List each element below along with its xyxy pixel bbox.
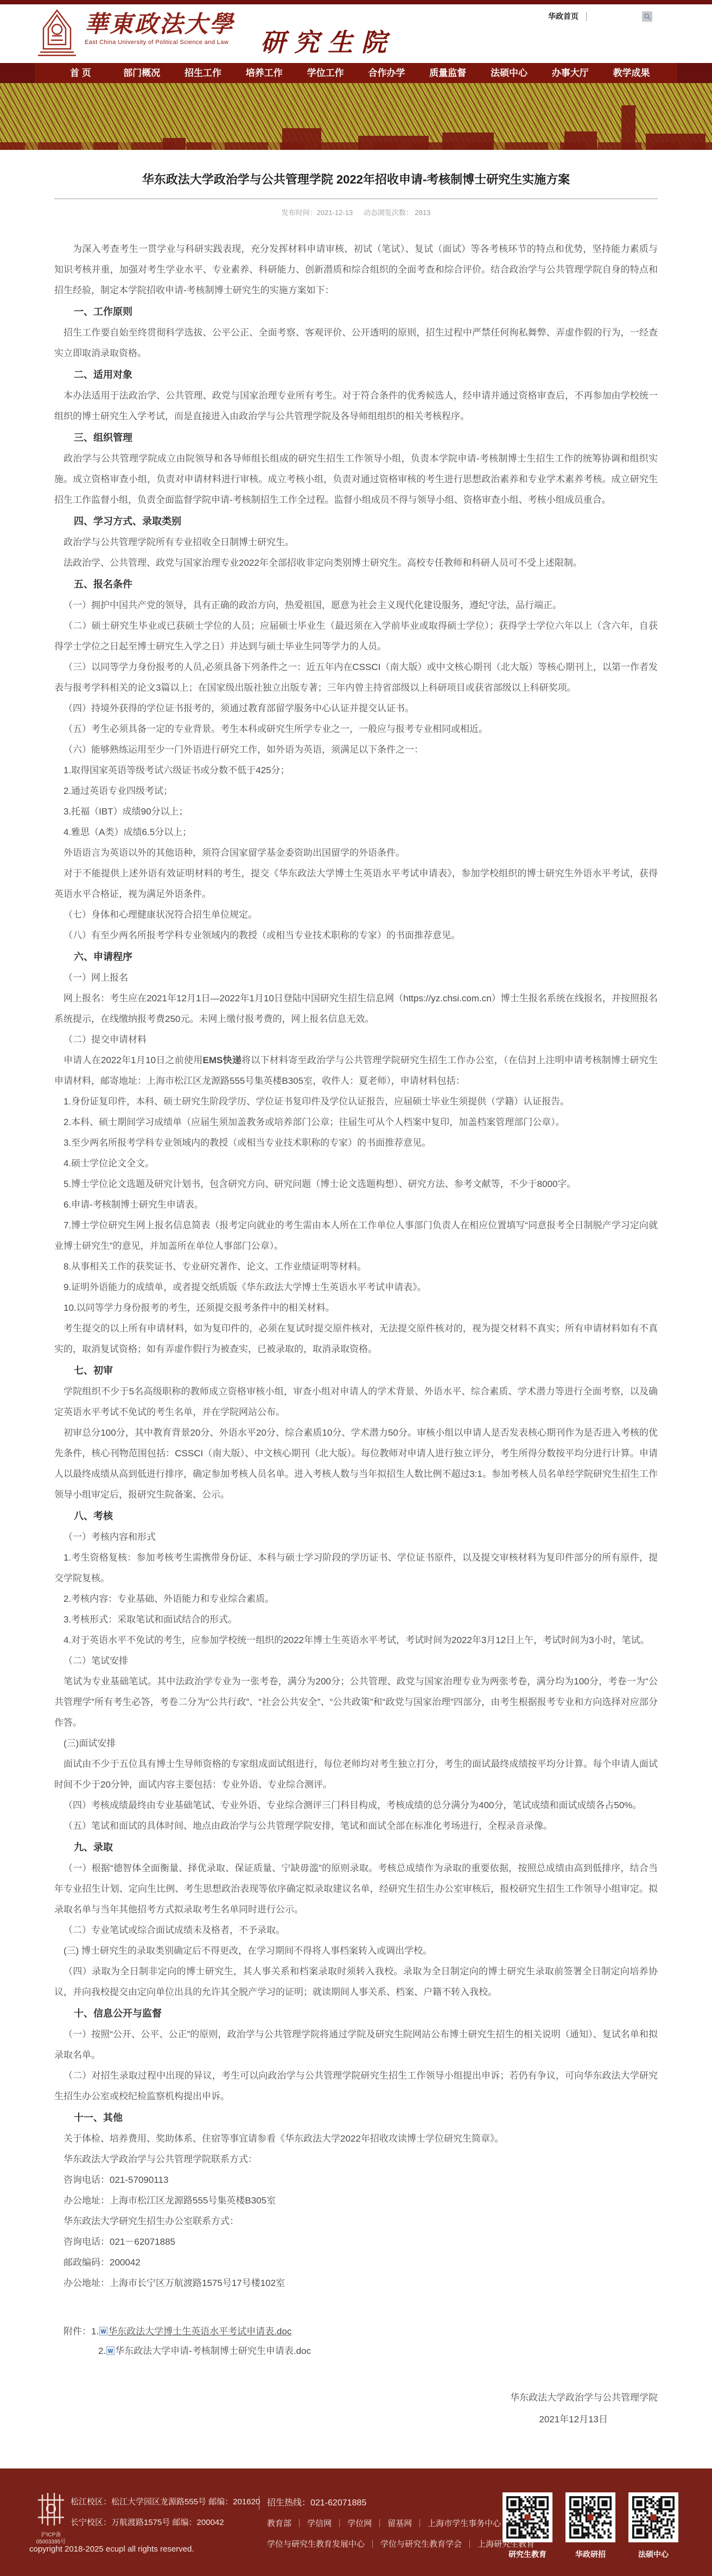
nav-item-7[interactable]: 质量监督 <box>417 63 479 83</box>
university-name-en: East China University of Political Scien… <box>85 39 234 46</box>
nav-band: 首 页部门概况招生工作培养工作学位工作合作办学质量监督法硕中心办事大厅教学成果 <box>0 63 712 83</box>
article-meta: 发布时间：2021-12-13 动态浏览次数： 2813 <box>54 207 658 217</box>
footer-link-separator: ｜ <box>416 2519 424 2528</box>
ecupl-seal-icon <box>37 2492 65 2526</box>
qr-code-label: 华政研招 <box>565 2549 615 2560</box>
university-emblem <box>35 9 79 56</box>
university-name-cn: 華東政法大學 <box>85 12 234 37</box>
admissions-hotline: 招生热线：021-62071885 <box>267 2496 535 2508</box>
section-heading: 二、适用对象 <box>54 364 658 386</box>
paragraph: 政治学与公共管理学院所有专业招收全日制博士研究生。 <box>54 532 658 553</box>
paragraph: （一）根据“德智体全面衡量、择优录取、保证质量、宁缺毋滥”的原则录取。考核总成绩… <box>54 1858 658 1920</box>
section-heading: 七、初审 <box>54 1360 658 1381</box>
search-icon <box>644 13 651 20</box>
article: 华东政法大学政治学与公共管理学院 2022年招收申请-考核制博士研究生实施方案 … <box>0 150 712 2430</box>
qr-code-1: 研究生教育 <box>503 2492 552 2560</box>
paragraph: 9.证明外语能力的成绩单，或者提交纸质版《华东政法大学博士生英语水平考试申请表》… <box>54 1277 658 1298</box>
paragraph: 10.以同等学力身份报考的考生，还须提交报考条件中的相关材料。 <box>54 1298 658 1318</box>
attachments-label: 附件： <box>63 2326 91 2337</box>
icp-number: 沪ICP备 05003395号 <box>31 2531 71 2546</box>
paragraph: 5.博士学位论文选题及研究计划书，包含研究方向、研究问题（博士论文选题构想）、研… <box>54 1174 658 1195</box>
paragraph: （一）按照“公开、公平、公正”的原则，政治学与公共管理学院将通过学院及研究生院网… <box>54 2024 658 2066</box>
signature-org: 华东政法大学政治学与公共管理学院 <box>54 2387 658 2409</box>
paragraph: 2.通过英语专业四级考试； <box>54 781 658 801</box>
paragraph: 面试由不少于五位具有博士生导师资格的专家组成面试组进行，每位老师均对考生独立打分… <box>54 1754 658 1795</box>
publish-date: 发布时间：2021-12-13 <box>282 209 353 217</box>
section-heading: 一、工作原则 <box>54 301 658 323</box>
campus-address-changning: 长宁校区：万航渡路1575号 邮编：200042 <box>71 2516 260 2528</box>
page-title: 华东政法大学政治学与公共管理学院 2022年招收申请-考核制博士研究生实施方案 <box>54 171 658 187</box>
site-header: 華東政法大學 East China University of Politica… <box>0 4 712 63</box>
section-heading: 六、申请程序 <box>54 946 658 968</box>
footer-qrcodes: 研究生教育华政研招法硕中心 <box>503 2492 678 2560</box>
footer-link-separator: ｜ <box>376 2519 384 2528</box>
section-heading: 三、组织管理 <box>54 427 658 449</box>
footer-link[interactable]: 上海市学生事务中心 <box>428 2519 501 2528</box>
footer-links-row1: 教育部｜学信网｜学位网｜留基网｜上海市学生事务中心 <box>267 2517 535 2529</box>
site-logo[interactable]: 華東政法大學 East China University of Politica… <box>35 9 395 59</box>
nav-item-10[interactable]: 教学成果 <box>601 63 662 83</box>
paragraph: 考生提交的以上所有申请材料，如为复印件的，必须在复试时提交原件核对，无法提交原件… <box>54 1318 658 1360</box>
view-count: 动态浏览次数： 2813 <box>364 209 431 217</box>
section-heading: 十一、其他 <box>54 2107 658 2129</box>
qr-code-2: 华政研招 <box>565 2492 615 2560</box>
nav-item-3[interactable]: 招生工作 <box>173 63 234 83</box>
nav-item-5[interactable]: 学位工作 <box>295 63 356 83</box>
paragraph: （二）对招生录取过程中出现的异议，考生可以向政治学与公共管理学院研究生招生工作领… <box>54 2066 658 2107</box>
paragraph: 初审总分100分，其中教育背景20分、外语水平20分、综合素质10分、学术潜力5… <box>54 1423 658 1505</box>
footer-links-row2: 学位与研究生教育发展中心｜学位与研究生教育学会｜上海研究生教育 <box>267 2538 535 2549</box>
paragraph: 4.对于英语水平不免试的考生，应参加学校统一组织的2022年博士生英语水平考试，… <box>54 1630 658 1651</box>
nav-item-1[interactable]: 首 页 <box>50 63 111 83</box>
paragraph: 学院组织不少于5名高级职称的教师成立资格审核小组，审查小组对申请人的学术背景、外… <box>54 1381 658 1423</box>
paragraph: 6.申请-考核制博士研究生申请表。 <box>54 1195 658 1215</box>
footer-addresses: 松江校区：松江大学园区龙源路555号 邮编：201620 长宁校区：万航渡路15… <box>71 2496 260 2537</box>
word-doc-icon: W <box>106 2343 115 2351</box>
word-doc-icon: W <box>99 2323 107 2332</box>
svg-text:W: W <box>101 2329 106 2335</box>
footer-links: 招生热线：021-62071885 教育部｜学信网｜学位网｜留基网｜上海市学生事… <box>267 2496 535 2549</box>
paragraph: 1.考生资格复核：参加考核考生需携带身份证、本科与硕士学习阶段的学历证书、学位证… <box>54 1548 658 1589</box>
paragraph: （一）拥护中国共产党的领导，具有正确的政治方向，热爱祖国，愿意为社会主义现代化建… <box>54 595 658 616</box>
paragraph: 3.托福（IBT）成绩90分以上； <box>54 801 658 822</box>
paragraph: 7.博士学位研究生网上报名信息简表（报考定向就业的考生需由本人所在工作单位人事部… <box>54 1215 658 1257</box>
topbar-divider <box>586 12 587 21</box>
footer-link[interactable]: 学信网 <box>307 2519 332 2528</box>
paragraph: 咨询电话：021－62071885 <box>54 2232 658 2252</box>
footer-divider <box>259 2496 259 2510</box>
footer-link[interactable]: 学位网 <box>347 2519 372 2528</box>
paragraph: （二）专业笔试或综合面试成绩未及格者，不予录取。 <box>54 1920 658 1941</box>
section-heading: 八、考核 <box>54 1505 658 1527</box>
paragraph: （七）身体和心理健康状况符合招生单位规定。 <box>54 905 658 925</box>
paragraph: 8.从事相关工作的获奖证书、专业研究著作、论文、工作业绩证明等材料。 <box>54 1257 658 1277</box>
section-heading: 四、学习方式、录取类别 <box>54 510 658 532</box>
footer-link-separator: ｜ <box>466 2540 474 2549</box>
paragraph: （六）能够熟练运用至少一门外语进行研究工作，如外语为英语，须满足以下条件之一： <box>54 740 658 760</box>
footer-link[interactable]: 教育部 <box>267 2519 291 2528</box>
paragraph: 法政治学、公共管理、政党与国家治理专业2022年全部招收非定向类别博士研究生。高… <box>54 553 658 573</box>
paragraph: （四）持境外获得的学位证书报考的，须通过教育部留学服务中心认证并提交认证书。 <box>54 698 658 719</box>
paragraph: 1.身份证复印件，本科、硕士研究生阶段学历、学位证书复印件及学位认证报告，应届硕… <box>54 1091 658 1112</box>
nav-item-4[interactable]: 培养工作 <box>233 63 295 83</box>
paragraph: 申请人在2022年1月10日之前使用EMS快递将以下材料寄至政治学与公共管理学院… <box>54 1050 658 1091</box>
footer-link-separator: ｜ <box>295 2519 303 2528</box>
paragraph: （五）笔试和面试的具体时间、地点由政治学与公共管理学院安排，笔试和面试全部在标准… <box>54 1816 658 1836</box>
copyright: copyright 2018-2025 ecupl all rights res… <box>29 2545 194 2554</box>
attachments: 附件：1.W华东政法大学博士生英语水平考试申请表.doc2.W华东政法大学申请-… <box>54 2322 658 2361</box>
campus-banner-image <box>0 83 712 150</box>
paragraph: 为深入考查考生一贯学业与科研实践表现，充分发挥材料申请审核、初试（笔试）、复试（… <box>54 239 658 301</box>
home-link[interactable]: 华政首页 <box>548 11 578 22</box>
paragraph: （一）网上报名 <box>54 968 658 988</box>
footer-link-separator: ｜ <box>335 2519 344 2528</box>
signature: 华东政法大学政治学与公共管理学院 2021年12月13日 <box>54 2387 658 2430</box>
qr-code-image <box>628 2492 678 2542</box>
paragraph: (三)面试安排 <box>54 1733 658 1754</box>
qr-code-image <box>503 2492 552 2542</box>
nav-item-8[interactable]: 法硕中心 <box>479 63 540 83</box>
footer-seal: 沪ICP备 05003395号 <box>31 2492 71 2546</box>
paragraph: 政治学与公共管理学院成立由院领导和各导师组长组成的研究生招生工作领导小组，负责本… <box>54 449 658 510</box>
footer-link[interactable]: 学位与研究生教育发展中心 <box>267 2540 365 2549</box>
attachment-item: 2.W华东政法大学申请-考核制博士研究生申请表.doc <box>63 2341 658 2361</box>
paragraph: 对于不能提供上述外语有效证明材料的考生，提交《华东政法大学博士生英语水平考试申请… <box>54 863 658 905</box>
paragraph: （八）有至少两名所报考学科专业领域内的教授（或相当专业技术职称的专家）的书面推荐… <box>54 925 658 946</box>
paragraph: （一）考核内容和形式 <box>54 1527 658 1548</box>
nav-item-2[interactable]: 部门概况 <box>111 63 173 83</box>
paragraph: （二）提交申请材料 <box>54 1030 658 1050</box>
paragraph: 2.考核内容：专业基础、外语能力和专业综合素质。 <box>54 1589 658 1609</box>
paragraph: 招生工作要自始至终贯彻科学选拔、公平公正、全面考察、客观评价、公开透明的原则，招… <box>54 323 658 364</box>
search-button[interactable] <box>642 11 652 22</box>
section-heading: 十、信息公开与监督 <box>54 2003 658 2024</box>
qr-code-label: 研究生教育 <box>503 2549 552 2560</box>
paragraph: 4.雅思（A类）成绩6.5分以上； <box>54 822 658 843</box>
attachment-link[interactable]: 华东政法大学申请-考核制博士研究生申请表.doc <box>115 2346 311 2356</box>
paragraph: 1.取得国家英语等级考试六级证书或分数不低于425分； <box>54 760 658 781</box>
qr-code-label: 法硕中心 <box>628 2549 678 2560</box>
paragraph: 4.硕士学位论文全文。 <box>54 1153 658 1174</box>
section-heading: 九、录取 <box>54 1836 658 1858</box>
svg-text:W: W <box>108 2348 113 2354</box>
footer-link-separator: ｜ <box>368 2540 377 2549</box>
paragraph: 2.本科、硕士期间学习成绩单（应届生须加盖教务或培养部门公章；往届生可从个人档案… <box>54 1112 658 1133</box>
paragraph: 办公地址：上海市松江区龙源路555号集英楼B305室 <box>54 2190 658 2211</box>
paragraph: （四）考核成绩最终由专业基础笔试、专业外语、专业综合测评三门科目构成，考核成绩的… <box>54 1795 658 1816</box>
paragraph: 咨询电话：021-57090113 <box>54 2170 658 2190</box>
paragraph: （二）笔试安排 <box>54 1651 658 1671</box>
paragraph: 外语语言为英语以外的其他语种，须符合国家留学基金委资助出国留学的外语条件。 <box>54 843 658 863</box>
campus-address-songjiang: 松江校区：松江大学园区龙源路555号 邮编：201620 <box>71 2496 260 2507</box>
qr-code-3: 法硕中心 <box>628 2492 678 2560</box>
paragraph: （五）考生必须具备一定的专业背景。考生本科或研究生所学专业之一，一般应与报考专业… <box>54 719 658 740</box>
signature-date: 2021年12月13日 <box>54 2409 658 2430</box>
topbar-right: 华政首页 <box>548 11 652 22</box>
site-footer: 沪ICP备 05003395号 松江校区：松江大学园区龙源路555号 邮编：20… <box>0 2468 712 2576</box>
section-heading: 五、报名条件 <box>54 573 658 595</box>
title-rule <box>54 198 658 199</box>
nav-item-6[interactable]: 合作办学 <box>356 63 417 83</box>
paragraph: （三）以同等学力身份报考的人员,必须具备下列条件之一：近五年内在CSSCI（南大… <box>54 657 658 698</box>
site-name: 研究生院 <box>260 23 395 59</box>
attachment-item: 附件：1.W华东政法大学博士生英语水平考试申请表.doc <box>63 2322 658 2341</box>
paragraph: 网上报名：考生应在2021年12月1日—2022年1月10日登陆中国研究生招生信… <box>54 988 658 1030</box>
paragraph: 办公地址：上海市长宁区万航渡路1575号17号楼102室 <box>54 2273 658 2294</box>
top-strip <box>0 0 712 4</box>
article-body: 为深入考查考生一贯学业与科研实践表现，充分发挥材料申请审核、初试（笔试）、复试（… <box>54 239 658 2294</box>
paragraph: (三) 博士研究生的录取类别确定后不得更改，在学习期间不得将人事档案转入或调出学… <box>54 1941 658 1961</box>
main-nav: 首 页部门概况招生工作培养工作学位工作合作办学质量监督法硕中心办事大厅教学成果 <box>35 63 677 83</box>
footer-link[interactable]: 学位与研究生教育学会 <box>380 2540 462 2549</box>
nav-item-9[interactable]: 办事大厅 <box>539 63 601 83</box>
paragraph: 邮政编码：200042 <box>54 2252 658 2273</box>
paragraph: （四）录取为全日制非定向的博士研究生，其人事关系和档案录取时须转入我校。录取为全… <box>54 1961 658 2003</box>
paragraph: 笔试为专业基础笔试。其中法政治学专业为一张考卷，满分为200分；公共管理、政党与… <box>54 1671 658 1733</box>
paragraph: 华东政法大学研究生招生办公室联系方式： <box>54 2211 658 2232</box>
paragraph: 关于体检、培养费用、奖助体系、住宿等事宜请参看《华东政法大学2022年招收攻读博… <box>54 2129 658 2149</box>
attachment-link[interactable]: 华东政法大学博士生英语水平考试申请表.doc <box>108 2326 291 2337</box>
paragraph: 3.至少两名所报考学科专业领域内的教授（或相当专业技术职称的专家）的书面推荐意见… <box>54 1133 658 1153</box>
qr-code-image <box>565 2492 615 2542</box>
paragraph: 本办法适用于法政治学、公共管理、政党与国家治理专业所有考生。对于符合条件的优秀候… <box>54 386 658 427</box>
footer-link[interactable]: 留基网 <box>387 2519 412 2528</box>
paragraph: （二）硕士研究生毕业或已获硕士学位的人员；应届硕士毕业生（最迟须在入学前毕业或取… <box>54 616 658 657</box>
paragraph: 3.考核形式：采取笔试和面试结合的形式。 <box>54 1609 658 1630</box>
paragraph: 华东政法大学政治学与公共管理学院联系方式： <box>54 2149 658 2170</box>
